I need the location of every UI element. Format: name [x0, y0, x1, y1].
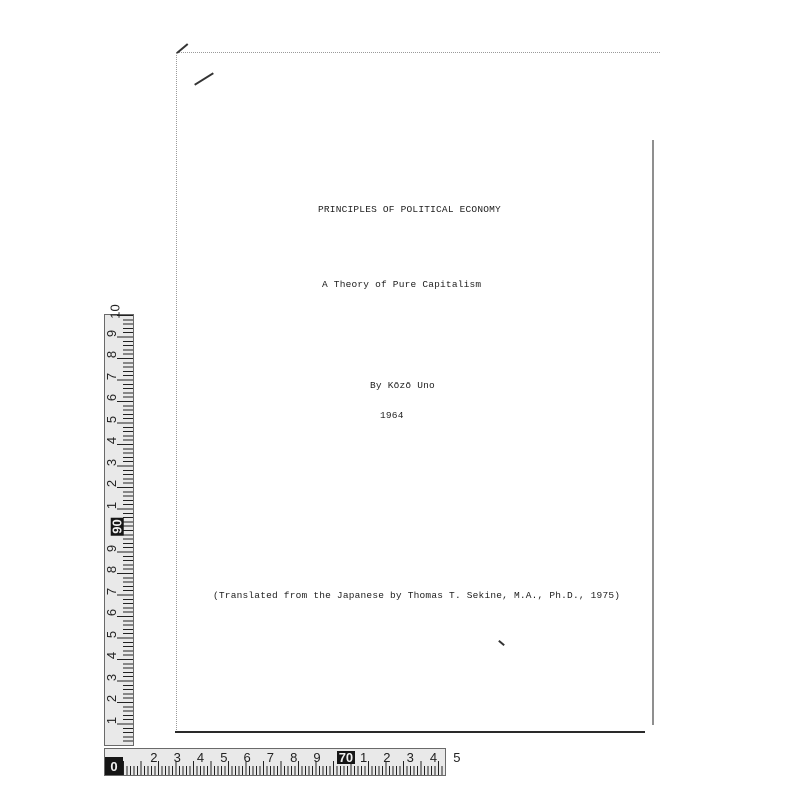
ruler-label: 9 — [105, 544, 118, 551]
horizontal-ruler: 0 234567897012345 — [104, 748, 446, 776]
ruler-label: 3 — [105, 673, 118, 680]
ruler-label: 7 — [105, 372, 118, 379]
document-title: PRINCIPLES OF POLITICAL ECONOMY — [318, 204, 501, 215]
ruler-label: 4 — [430, 751, 437, 764]
ruler-label: 1 — [360, 751, 367, 764]
page-edge-left — [176, 52, 177, 732]
ruler-label: 7 — [267, 751, 274, 764]
ruler-label: 3 — [105, 458, 118, 465]
ruler-label: 9 — [313, 751, 320, 764]
ruler-label: 1 — [105, 716, 118, 723]
ruler-label: 6 — [105, 609, 118, 616]
document-year: 1964 — [380, 410, 404, 421]
ruler-label: 3 — [407, 751, 414, 764]
ruler-label: 4 — [197, 751, 204, 764]
ruler-label: 2 — [105, 695, 118, 702]
ruler-label: 6 — [105, 394, 118, 401]
ruler-label: 3 — [174, 751, 181, 764]
ruler-label: 5 — [105, 415, 118, 422]
page-edge-bottom — [175, 731, 645, 733]
page-edge-top — [176, 52, 660, 53]
ruler-label: 5 — [220, 751, 227, 764]
document-subtitle: A Theory of Pure Capitalism — [322, 279, 481, 290]
ruler-label: 7 — [105, 587, 118, 594]
vertical-ruler: 1234567899012345678910 — [104, 314, 134, 746]
scanned-page — [176, 52, 656, 732]
ruler-label: 8 — [105, 351, 118, 358]
ruler-zero-label: 0 — [105, 757, 123, 775]
ruler-label: 2 — [105, 480, 118, 487]
ruler-label: 90 — [111, 517, 124, 535]
ruler-label: 4 — [105, 652, 118, 659]
page-edge-right — [652, 140, 654, 725]
ruler-label: 4 — [105, 437, 118, 444]
ruler-label: 1 — [105, 501, 118, 508]
document-author: By Kōzō Uno — [370, 380, 435, 391]
ruler-ticks — [123, 766, 445, 775]
ruler-label: 8 — [290, 751, 297, 764]
ruler-label: 5 — [453, 751, 460, 764]
ruler-label: 2 — [150, 751, 157, 764]
ruler-label: 8 — [105, 566, 118, 573]
ruler-label: 2 — [383, 751, 390, 764]
translation-note: (Translated from the Japanese by Thomas … — [213, 590, 620, 601]
ruler-label: 70 — [337, 751, 355, 764]
ruler-label: 10 — [109, 304, 122, 318]
ruler-label: 6 — [244, 751, 251, 764]
ruler-label: 5 — [105, 630, 118, 637]
ruler-label: 9 — [105, 329, 118, 336]
